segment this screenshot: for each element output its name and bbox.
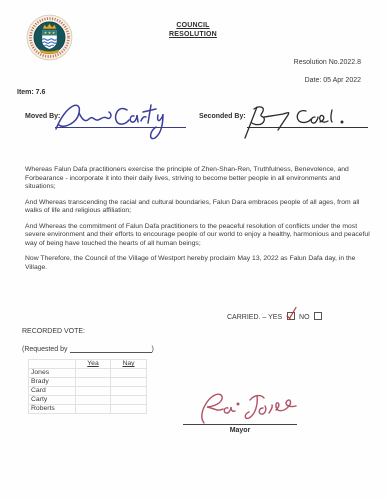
yea-cell xyxy=(76,378,111,387)
nay-cell xyxy=(111,396,147,405)
member-name: Card xyxy=(29,387,76,396)
resolution-number: Resolution No.2022.8 xyxy=(294,59,361,66)
carried-label: CARRIED. – YES xyxy=(227,314,282,321)
nay-column-header: Nay xyxy=(111,360,147,369)
member-name: Carty xyxy=(29,396,76,405)
member-name: Roberts xyxy=(29,405,76,414)
yea-cell xyxy=(76,369,111,378)
mayor-label: Mayor xyxy=(183,427,297,434)
now-therefore-paragraph: Now Therefore, the Council of the Villag… xyxy=(25,255,370,272)
requested-by-close: ) xyxy=(152,346,154,353)
nay-cell xyxy=(111,378,147,387)
yea-cell xyxy=(76,396,111,405)
member-column-header xyxy=(29,360,76,369)
yea-cell xyxy=(76,405,111,414)
table-row: Carty xyxy=(29,396,147,405)
mayor-signature xyxy=(192,391,304,427)
mayor-signature-line xyxy=(183,424,297,425)
carried-line: CARRIED. – YES NO xyxy=(227,312,324,321)
nay-cell xyxy=(111,387,147,396)
whereas-paragraph-3: And Whereas the commitment of Falun Dafa… xyxy=(25,223,370,249)
whereas-paragraph-2: And Whereas transcending the racial and … xyxy=(25,199,370,216)
recorded-vote-table: Yea Nay Jones Brady Card Carty Roberts xyxy=(28,359,147,414)
recorded-vote-title: RECORDED VOTE: xyxy=(22,328,85,335)
document-title: COUNCIL RESOLUTION xyxy=(0,21,386,39)
moved-by-signature xyxy=(50,98,192,142)
resolution-body: Whereas Falun Dafa practitioners exercis… xyxy=(25,166,370,279)
member-name: Jones xyxy=(29,369,76,378)
nay-cell xyxy=(111,405,147,414)
nay-cell xyxy=(111,369,147,378)
title-line-2: RESOLUTION xyxy=(0,30,386,39)
requested-by-label: (Requested by xyxy=(22,346,68,353)
resolution-date: Date: 05 Apr 2022 xyxy=(305,77,361,84)
council-resolution-document: COUNCIL RESOLUTION Resolution No.2022.8 … xyxy=(0,0,386,500)
table-row: Jones xyxy=(29,369,147,378)
table-row: Roberts xyxy=(29,405,147,414)
no-checkbox xyxy=(314,312,322,320)
mover-seconder-row: Moved By: Seconded By: xyxy=(0,100,386,145)
requested-by-blank xyxy=(70,345,152,353)
table-row: Card xyxy=(29,387,147,396)
member-name: Brady xyxy=(29,378,76,387)
no-label: NO xyxy=(299,314,310,321)
seconded-by-signature xyxy=(238,101,370,141)
vote-table-header-row: Yea Nay xyxy=(29,360,147,369)
title-line-1: COUNCIL xyxy=(0,21,386,30)
whereas-paragraph-1: Whereas Falun Dafa practitioners exercis… xyxy=(25,166,370,192)
yea-cell xyxy=(76,387,111,396)
table-row: Brady xyxy=(29,378,147,387)
item-number: Item: 7.6 xyxy=(17,89,45,96)
yea-column-header: Yea xyxy=(76,360,111,369)
yes-checkbox xyxy=(287,312,295,320)
yes-checkmark-icon xyxy=(286,306,298,320)
requested-by-line: (Requested by) xyxy=(22,345,154,353)
